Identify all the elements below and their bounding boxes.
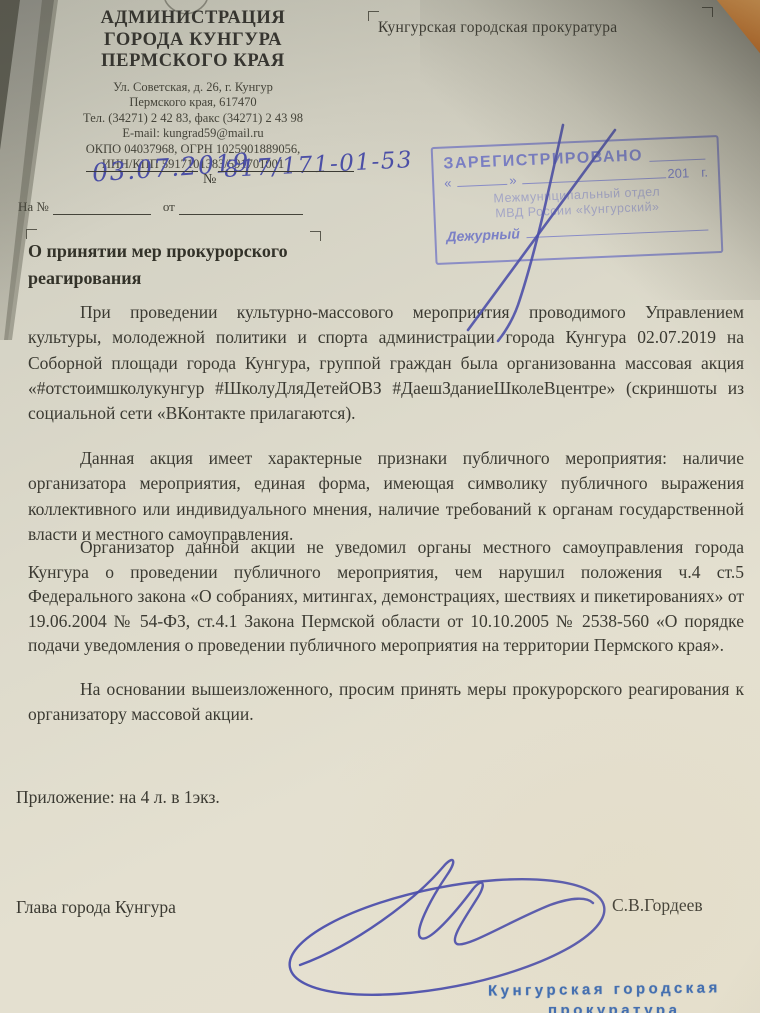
org-phone-line: Тел. (34271) 2 42 83, факс (34271) 2 43 …	[28, 111, 358, 127]
reply-number-label: На №	[18, 199, 53, 215]
document-photo: АДМИНИСТРАЦИЯ ГОРОДА КУНГУРА ПЕРМСКОГО К…	[0, 0, 760, 1013]
org-name-line1: АДМИНИСТРАЦИЯ	[28, 8, 358, 30]
reply-reference-row: На № от	[18, 199, 303, 215]
bottom-stamp-line2: прокуратура	[548, 1002, 680, 1013]
attachment-line: Приложение: на 4 л. в 1экз.	[16, 787, 220, 808]
subject-line2: реагирования	[28, 265, 338, 292]
date-underline	[86, 171, 198, 172]
letterhead: АДМИНИСТРАЦИЯ ГОРОДА КУНГУРА ПЕРМСКОГО К…	[28, 8, 358, 173]
recipient-corner-mark-right	[702, 7, 713, 17]
reply-number-blank	[53, 201, 151, 215]
recipient-name: Кунгурская городская прокуратура	[378, 19, 708, 37]
number-sign: №	[203, 172, 216, 188]
org-name-line3: ПЕРМСКОГО КРАЯ	[28, 51, 358, 73]
body-paragraph-2: Данная акция имеет характерные признаки …	[28, 446, 744, 547]
signatory-name: С.В.Гордеев	[612, 895, 703, 916]
stamp-year-unit: г.	[701, 164, 708, 179]
bottom-stamp-line1: Кунгурская городская	[488, 979, 721, 999]
org-address-line1: Ул. Советская, д. 26, г. Кунгур	[28, 80, 358, 96]
subject-line: О принятии мер прокурорского реагировани…	[28, 238, 338, 292]
document-content: АДМИНИСТРАЦИЯ ГОРОДА КУНГУРА ПЕРМСКОГО К…	[0, 0, 760, 1013]
org-address-line2: Пермского края, 617470	[28, 95, 358, 111]
pen-cross-mark	[430, 105, 650, 365]
signatory-position: Глава города Кунгура	[16, 897, 176, 918]
body-paragraph-3: Организатор данной акции не уведомил орг…	[28, 535, 744, 658]
reply-date-blank	[179, 201, 303, 215]
body-paragraph-4: На основании вышеизложенного, просим при…	[28, 677, 744, 728]
org-email-line: E-mail: kungrad59@mail.ru	[28, 126, 358, 142]
subject-line1: О принятии мер прокурорского	[28, 238, 338, 265]
stamp-year-prefix: 201	[667, 165, 689, 181]
stamp-blank-line	[649, 149, 706, 162]
number-underline	[218, 171, 354, 172]
reply-from-label: от	[151, 199, 179, 215]
org-name-line2: ГОРОДА КУНГУРА	[28, 30, 358, 52]
